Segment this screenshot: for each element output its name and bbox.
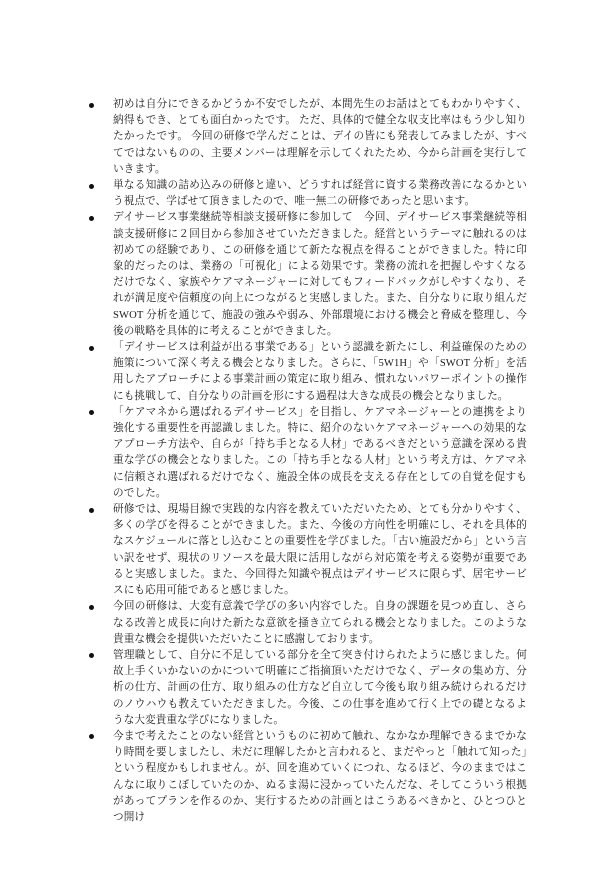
list-item: 研修では、現場目線で実践的な内容を教えていただいたため、とても分かりやすく、多く…	[88, 502, 527, 599]
bullet-text: 「デイサービスは利益が出る事業である」という認識を新たにし、利益確保のための施策…	[113, 342, 527, 402]
bullet-text: 初めは自分にできるかどうか不安でしたが、本間先生のお話はとてもわかりやすく、納得…	[113, 99, 527, 175]
list-item: 今まで考えたことのない経営というものに初めて触れ、なかなか理解できるまでかなり時…	[88, 729, 527, 826]
bullet-text: 研修では、現場目線で実践的な内容を教えていただいたため、とても分かりやすく、多く…	[113, 504, 527, 596]
bullet-icon	[89, 508, 94, 513]
list-item: デイサービス事業継続等相談支援研修に参加して 今回、デイサービス事業継続等相談支…	[88, 210, 527, 340]
bullet-text: 「ケアマネから選ばれるデイサービス」を目指し、ケアマネージャーとの連携をより強化…	[113, 407, 527, 499]
bullet-icon	[89, 605, 94, 610]
bullet-text: 単なる知識の詰め込みの研修と違い、どうすれば経営に資する業務改善になるかという視…	[113, 180, 527, 207]
list-item: 今回の研修は、大変有意義で学びの多い内容でした。自身の課題を見つめ直し、さらなる…	[88, 599, 527, 648]
list-item: 初めは自分にできるかどうか不安でしたが、本間先生のお話はとてもわかりやすく、納得…	[88, 97, 527, 178]
bullet-text: 管理職として、自分に不足している部分を全て突き付けられたように感じました。何故上…	[113, 650, 527, 726]
bullet-list: 初めは自分にできるかどうか不安でしたが、本間先生のお話はとてもわかりやすく、納得…	[88, 97, 527, 826]
bullet-text: 今まで考えたことのない経営というものに初めて触れ、なかなか理解できるまでかなり時…	[113, 731, 527, 823]
document-page: 初めは自分にできるかどうか不安でしたが、本間先生のお話はとてもわかりやすく、納得…	[0, 0, 615, 874]
bullet-icon	[89, 103, 94, 108]
bullet-icon	[89, 734, 94, 739]
bullet-icon	[89, 653, 94, 658]
list-item: 管理職として、自分に不足している部分を全て突き付けられたように感じました。何故上…	[88, 648, 527, 729]
list-item: 単なる知識の詰め込みの研修と違い、どうすれば経営に資する業務改善になるかという視…	[88, 178, 527, 210]
bullet-text: デイサービス事業継続等相談支援研修に参加して 今回、デイサービス事業継続等相談支…	[113, 212, 527, 336]
bullet-icon	[89, 346, 94, 351]
bullet-icon	[89, 216, 94, 221]
bullet-icon	[89, 184, 94, 189]
list-item: 「ケアマネから選ばれるデイサービス」を目指し、ケアマネージャーとの連携をより強化…	[88, 405, 527, 502]
list-item: 「デイサービスは利益が出る事業である」という認識を新たにし、利益確保のための施策…	[88, 340, 527, 405]
bullet-icon	[89, 410, 94, 415]
bullet-text: 今回の研修は、大変有意義で学びの多い内容でした。自身の課題を見つめ直し、さらなる…	[113, 601, 527, 644]
